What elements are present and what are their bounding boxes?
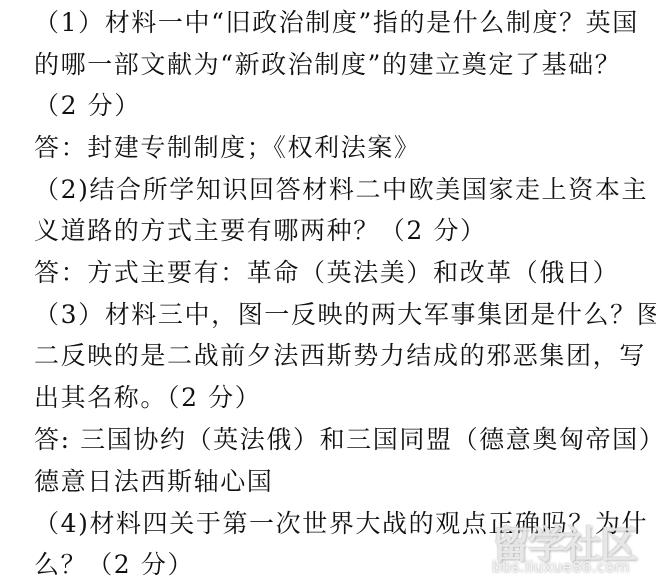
question-1-score: （2 分） xyxy=(34,86,141,126)
answer-3-line-1: 答: 三国协约（英法俄）和三国同盟（德意奥匈帝国）; xyxy=(34,420,656,460)
question-4-line-2: 么？（2 分） xyxy=(34,545,194,584)
question-2-line-2: 义道路的方式主要有哪两种？（2 分） xyxy=(34,211,487,251)
answer-3-line-2: 德意日法西斯轴心国 xyxy=(34,462,273,502)
document-page: （1）材料一中“旧政治制度”指的是什么制度？英国 的哪一部文献为“新政治制度”的… xyxy=(0,0,656,584)
question-4-line-1: （4)材料四关于第一次世界大战的观点正确吗？为什 xyxy=(34,504,648,544)
watermark-url: bbs.liuxue86.com xyxy=(492,558,630,576)
answer-1: 答：封建专制制度；《权利法案》 xyxy=(34,128,421,168)
question-2-line-1: （2)结合所学知识回答材料二中欧美国家走上资本主 xyxy=(34,170,648,210)
answer-2: 答：方式主要有：革命（英法美）和改革（俄日） xyxy=(34,253,619,293)
question-1-line-1: （1）材料一中“旧政治制度”指的是什么制度？英国 xyxy=(34,3,639,43)
question-3-line-2: 二反映的是二战前夕法西斯势力结成的邪恶集团，写 xyxy=(34,336,646,376)
question-3-line-3: 出其名称。（2 分） xyxy=(34,378,261,418)
question-1-line-2: 的哪一部文献为“新政治制度”的建立奠定了基础？ xyxy=(34,45,621,85)
question-3-line-1: （3）材料三中，图一反映的两大军事集团是什么？图 xyxy=(34,295,656,335)
